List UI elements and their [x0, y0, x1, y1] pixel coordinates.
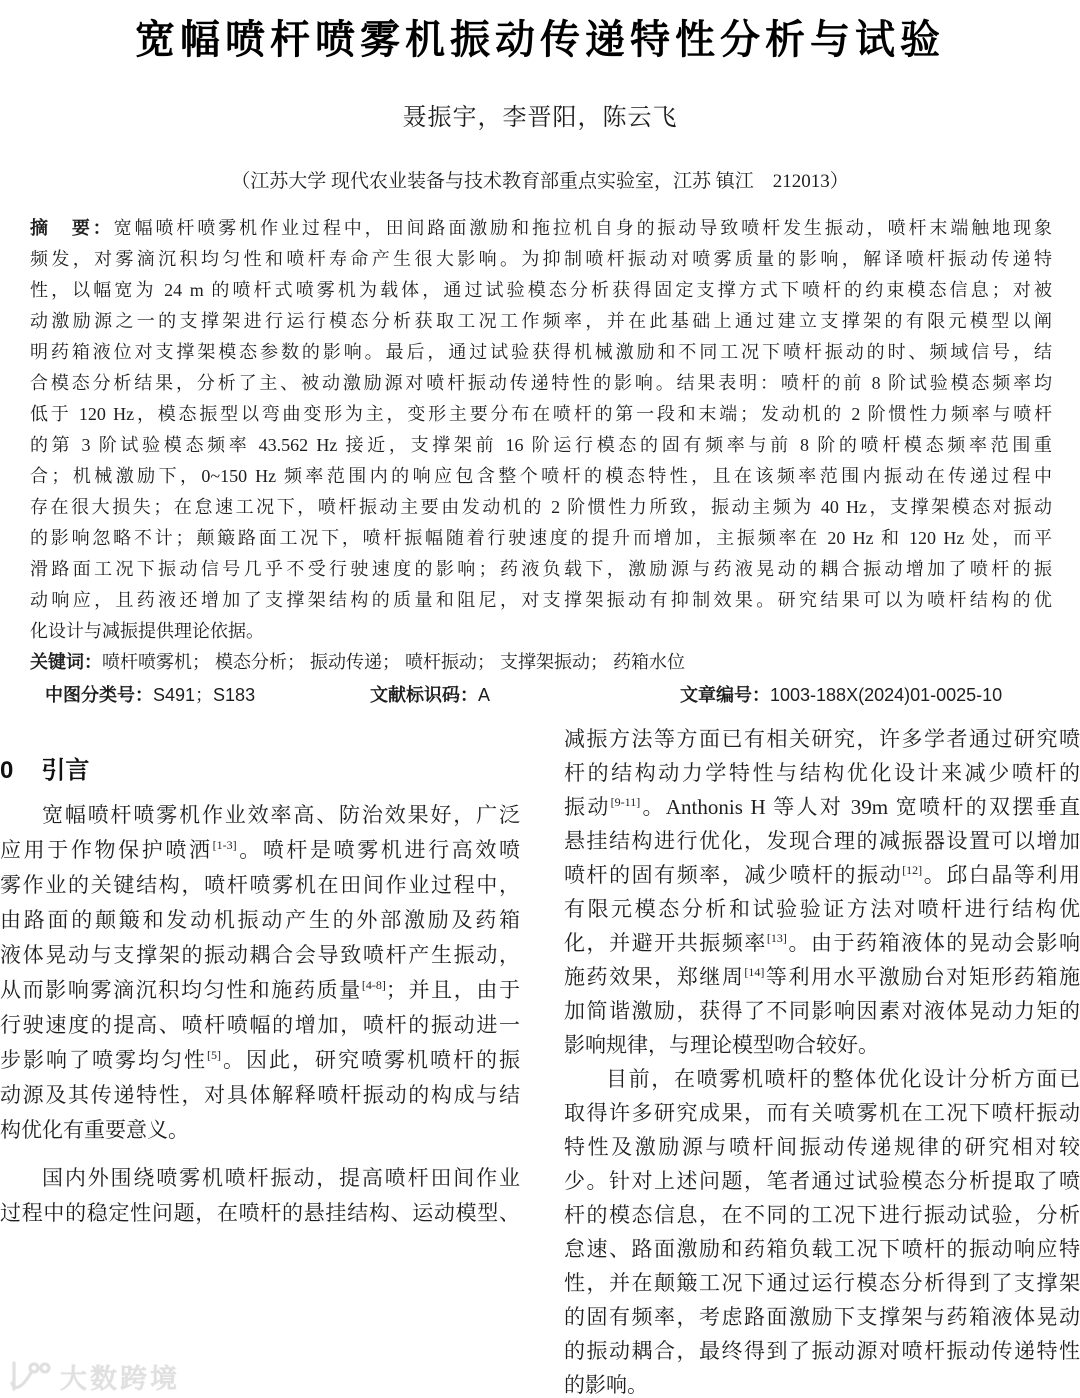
keywords-line: 关键词：喷杆喷雾机； 模态分析； 振动传递； 喷杆振动； 支撑架振动； 药箱水位 [30, 647, 1052, 678]
text-line: 少。针对上述问题，笔者通过试验模态分析提取了喷 [564, 1164, 1080, 1198]
paper-page: 宽幅喷杆喷雾机振动传递特性分析与试验 聂振宇，李晋阳，陈云飞 （江苏大学 现代农… [0, 8, 1080, 1398]
text-line: 化，并避开共振频率[13]。由于药箱液体的晃动会影响 [564, 926, 1080, 960]
text-line: 性，并在颠簸工况下通过运行模态分析得到了支撑架 [564, 1266, 1080, 1300]
text-line: 杆的结构动力学特性与结构优化设计来减少喷杆的 [564, 756, 1080, 790]
text-line: 国内外围绕喷雾机喷杆振动，提高喷杆田间作业 [0, 1161, 520, 1196]
text-line: 雾作业的关键结构，喷杆喷雾机在田间作业过程中， [0, 868, 520, 903]
abstract-first-line: 摘 要：宽幅喷杆喷雾机作业过程中，田间路面激励和拖拉机自身的振动导致喷杆发生振动… [30, 213, 1052, 244]
text-line: 从而影响雾滴沉积均匀性和施药质量[4-8]；并且，由于 [0, 973, 520, 1008]
paragraph: 目前，在喷雾机喷杆的整体优化设计分析方面已取得许多研究成果，而有关喷雾机在工况下… [564, 1062, 1080, 1398]
text-line: 振动[9-11]。Anthonis H 等人对 39m 宽喷杆的双摆垂直 [564, 790, 1080, 824]
text-line: 动响应，且药液还增加了支撑架结构的质量和阻尼，对支撑架振动有抑制效果。研究结果可… [30, 585, 1052, 616]
section-title: 引言 [41, 757, 89, 784]
intro-left-column: 0引言 宽幅喷杆喷雾机作业效率高、防治效果好，广泛应用于作物保护喷洒[1-3]。… [0, 722, 520, 1231]
text-line: 宽幅喷杆喷雾机作业效率高、防治效果好，广泛 [0, 798, 520, 833]
text-line: 的固有频率，考虑路面激励下支撑架与药箱液体晃动 [564, 1300, 1080, 1334]
text-line: 的影响忽略不计；颠簸路面工况下，喷杆振幅随着行驶速度的提升而增加，主振频率在 2… [30, 523, 1052, 554]
text-line: 构优化有重要意义。 [0, 1113, 520, 1148]
page-title: 宽幅喷杆喷雾机振动传递特性分析与试验 [0, 8, 1080, 65]
article-number-label: 文章编号： [680, 685, 770, 705]
document-code-label: 文献标识码： [370, 685, 478, 705]
text-line: 的第 3 阶试验模态频率 43.562 Hz 接近，支撑架前 16 阶运行模态的… [30, 430, 1052, 461]
text-line: 悬挂结构进行优化，发现合理的减振器设置可以增加 [564, 824, 1080, 858]
text-line: 怠速、路面激励和药箱负载工况下喷杆的振动响应特 [564, 1232, 1080, 1266]
text-line: 特性及激励源与喷杆间振动传递规律的研究相对较 [564, 1130, 1080, 1164]
brand-logo-icon [8, 1359, 52, 1395]
right-column-paragraphs: 减振方法等方面已有相关研究，许多学者通过研究喷杆的结构动力学特性与结构优化设计来… [564, 722, 1080, 1398]
text-line: 液体晃动与支撑架的振动耦合会导致喷杆产生振动， [0, 938, 520, 973]
text-line: 杆的模态信息，在不同的工况下进行振动试验，分析 [564, 1198, 1080, 1232]
text-line: 存在很大损失；在怠速工况下，喷杆振动主要由发动机的 2 阶惯性力所致，振动主频为… [30, 492, 1052, 523]
article-number-value: 1003-188X(2024)01-0025-10 [770, 685, 1002, 705]
text-line: 施药效果，郑继周[14]等利用水平激励台对矩形药箱施 [564, 960, 1080, 994]
text-line: 的振动耦合，最终得到了振动源对喷杆振动传递特性 [564, 1334, 1080, 1368]
clc-number: 中图分类号：S491；S183 [45, 678, 255, 712]
paragraph: 减振方法等方面已有相关研究，许多学者通过研究喷杆的结构动力学特性与结构优化设计来… [564, 722, 1080, 1062]
text-line: 加简谐激励，获得了不同影响因素对液体晃动力矩的 [564, 994, 1080, 1028]
keywords-text: 喷杆喷雾机； 模态分析； 振动传递； 喷杆振动； 支撑架振动； 药箱水位 [102, 652, 685, 672]
abstract-label: 摘 要： [30, 218, 114, 238]
body-columns: 0引言 宽幅喷杆喷雾机作业效率高、防治效果好，广泛应用于作物保护喷洒[1-3]。… [0, 722, 1080, 1398]
text-line: 动源及其传递特性，对具体解释喷杆振动的构成与结 [0, 1078, 520, 1113]
text-line: 有限元模态分析和试验验证方法对喷杆进行结构优 [564, 892, 1080, 926]
clc-value: S491；S183 [153, 685, 255, 705]
text-line: 取得许多研究成果，而有关喷雾机在工况下喷杆振动 [564, 1096, 1080, 1130]
text-line: 化设计与减振提供理论依据。 [30, 616, 1052, 647]
text-line: 减振方法等方面已有相关研究，许多学者通过研究喷 [564, 722, 1080, 756]
keywords-label: 关键词： [30, 652, 102, 672]
text-line: 行驶速度的提高、喷杆喷幅的增加，喷杆的振动进一 [0, 1008, 520, 1043]
paragraph: 宽幅喷杆喷雾机作业效率高、防治效果好，广泛应用于作物保护喷洒[1-3]。喷杆是喷… [0, 798, 520, 1148]
text-line: 的影响。 [564, 1368, 1080, 1398]
article-number: 文章编号：1003-188X(2024)01-0025-10 [680, 678, 1002, 712]
section-number: 0 [0, 757, 13, 784]
section-heading-introduction: 0引言 [0, 750, 520, 785]
watermark: 大数跨境 [8, 1357, 180, 1396]
clc-label: 中图分类号： [45, 685, 153, 705]
text-line: 应用于作物保护喷洒[1-3]。喷杆是喷雾机进行高效喷 [0, 833, 520, 868]
text-line: 目前，在喷雾机喷杆的整体优化设计分析方面已 [564, 1062, 1080, 1096]
text-line: 由路面的颠簸和发动机振动产生的外部激励及药箱 [0, 903, 520, 938]
affiliation-line: （江苏大学 现代农业装备与技术教育部重点实验室，江苏 镇江 212013） [0, 166, 1080, 193]
intro-right-column: 减振方法等方面已有相关研究，许多学者通过研究喷杆的结构动力学特性与结构优化设计来… [564, 722, 1080, 1398]
text-line: 步影响了喷雾均匀性[5]。因此，研究喷雾机喷杆的振 [0, 1043, 520, 1078]
watermark-text: 大数跨境 [60, 1357, 180, 1396]
text-line: 过程中的稳定性问题，在喷杆的悬挂结构、运动模型、 [0, 1196, 520, 1231]
text-line: 合模态分析结果，分析了主、被动激励源对喷杆振动传递特性的影响。结果表明：喷杆的前… [30, 368, 1052, 399]
text-line: 喷杆的固有频率，减少喷杆的振动[12]。邱白晶等利用 [564, 858, 1080, 892]
meta-row: 中图分类号：S491；S183 文献标识码：A 文章编号：1003-188X(2… [30, 678, 1052, 712]
paragraph: 国内外围绕喷雾机喷杆振动，提高喷杆田间作业过程中的稳定性问题，在喷杆的悬挂结构、… [0, 1161, 520, 1231]
abstract-section: 摘 要：宽幅喷杆喷雾机作业过程中，田间路面激励和拖拉机自身的振动导致喷杆发生振动… [30, 213, 1052, 647]
text-line: 滑路面工况下振动信号几乎不受行驶速度的影响；药液负载下，激励源与药液晃动的耦合振… [30, 554, 1052, 585]
abstract-body: 频发，对雾滴沉积均匀性和喷杆寿命产生很大影响。为抑制喷杆振动对喷雾质量的影响，解… [30, 244, 1052, 647]
left-column-paragraphs: 宽幅喷杆喷雾机作业效率高、防治效果好，广泛应用于作物保护喷洒[1-3]。喷杆是喷… [0, 798, 520, 1231]
text-line: 动激励源之一的支撑架进行运行模态分析获取工况工作频率，并在此基础上通过建立支撑架… [30, 306, 1052, 337]
authors-line: 聂振宇，李晋阳，陈云飞 [0, 97, 1080, 132]
text-line: 性，以幅宽为 24 m 的喷杆式喷雾机为载体，通过试验模态分析获得固定支撑方式下… [30, 275, 1052, 306]
document-code: 文献标识码：A [370, 678, 490, 712]
text-line: 频发，对雾滴沉积均匀性和喷杆寿命产生很大影响。为抑制喷杆振动对喷雾质量的影响，解… [30, 244, 1052, 275]
text-line: 合；机械激励下，0~150 Hz 频率范围内的响应包含整个喷杆的模态特性，且在该… [30, 461, 1052, 492]
document-code-value: A [478, 685, 490, 705]
text-line: 低于 120 Hz，模态振型以弯曲变形为主，变形主要分布在喷杆的第一段和末端；发… [30, 399, 1052, 430]
text-line: 明药箱液位对支撑架模态参数的影响。最后，通过试验获得机械激励和不同工况下喷杆振动… [30, 337, 1052, 368]
text-line: 影响规律，与理论模型吻合较好。 [564, 1028, 1080, 1062]
abstract-line: 宽幅喷杆喷雾机作业过程中，田间路面激励和拖拉机自身的振动导致喷杆发生振动，喷杆末… [114, 218, 1052, 238]
